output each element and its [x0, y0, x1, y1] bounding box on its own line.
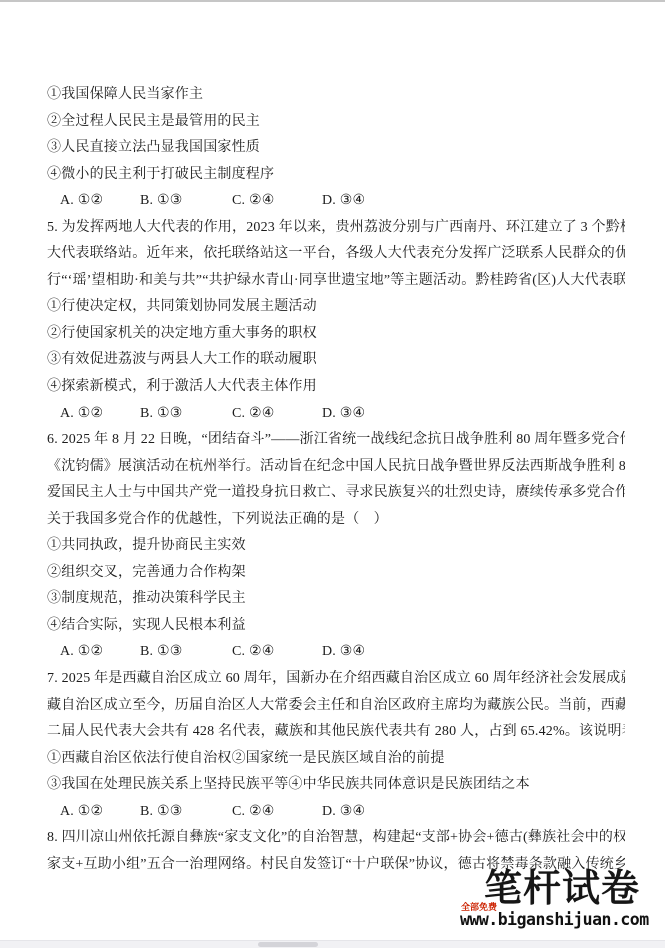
q7-option-line: ①西藏自治区依法行使自治权②国家统一是民族区域自治的前提	[47, 746, 625, 773]
q4-option-line: ④微小的民主利于打破民主制度程序	[47, 162, 625, 189]
exam-document: ①我国保障人民当家作主 ②全过程人民民主是最管用的民主 ③人民直接立法凸显我国国…	[47, 82, 625, 878]
watermark-url: www.biganshijuan.com	[460, 912, 649, 929]
q5-option-line: ④探索新模式，利于激活人大代表主体作用	[47, 374, 625, 401]
q8-stem-line: 8. 四川凉山州依托源自彝族“家支文化”的自治智慧，构建起“支部+协会+德古(彝…	[47, 825, 625, 852]
watermark: 全部免费 笔杆试卷 www.biganshijuan.com	[452, 868, 664, 934]
answer-choice-c: C. ②④	[232, 188, 322, 215]
q7-stem-line: 二届人民代表大会共有 428 名代表，藏族和其他民族代表共有 280 人，占到 …	[47, 719, 625, 746]
q5-answer-row: A. ①②B. ①③C. ②④D. ③④	[47, 401, 625, 428]
answer-choice-a: A. ①②	[60, 188, 140, 215]
q5-option-line: ③有效促进荔波与两县人大工作的联动履职	[47, 347, 625, 374]
answer-choice-d: D. ③④	[322, 401, 365, 428]
q6-stem-line: 6. 2025 年 8 月 22 日晚，“团结奋斗”——浙江省统一战线纪念抗日战…	[47, 427, 625, 454]
exam-paper-page: { "colors": { "watermark_red": "#cc2200"…	[0, 0, 665, 948]
q6-option-line: ④结合实际，实现人民根本利益	[47, 613, 625, 640]
q4-answer-row: A. ①②B. ①③C. ②④D. ③④	[47, 188, 625, 215]
q4-option-line: ③人民直接立法凸显我国国家性质	[47, 135, 625, 162]
q4-option-line: ①我国保障人民当家作主	[47, 82, 625, 109]
answer-choice-b: B. ①③	[140, 639, 232, 666]
q5-stem-line: 5. 为发挥两地人大代表的作用，2023 年以来，贵州荔波分别与广西南丹、环江建…	[47, 215, 625, 242]
answer-choice-c: C. ②④	[232, 799, 322, 826]
q4-option-line: ②全过程人民民主是最管用的民主	[47, 109, 625, 136]
answer-choice-a: A. ①②	[60, 799, 140, 826]
q6-stem-line: 爱国民主人士与中国共产党一道投身抗日救亡、寻求民族复兴的壮烈史诗，赓续传承多党合…	[47, 480, 625, 507]
q7-stem-line: 藏自治区成立至今，历届自治区人大常委会主任和自治区政府主席均为藏族公民。当前，西…	[47, 693, 625, 720]
q5-stem-line: 行“‘瑶’望相助·和美与共”“共护绿水青山·同享世遗宝地”等主题活动。黔桂跨省(…	[47, 268, 625, 295]
q6-stem-line: 关于我国多党合作的优越性，下列说法正确的是（ ）	[47, 507, 625, 534]
q5-option-line: ②行使国家机关的决定地方重大事务的职权	[47, 321, 625, 348]
answer-choice-c: C. ②④	[232, 401, 322, 428]
watermark-brand: 笔杆试卷	[484, 870, 640, 908]
q6-option-line: ③制度规范，推动决策科学民主	[47, 586, 625, 613]
answer-choice-d: D. ③④	[322, 639, 365, 666]
answer-choice-a: A. ①②	[60, 401, 140, 428]
answer-choice-d: D. ③④	[322, 188, 365, 215]
q7-option-line: ③我国在处理民族关系上坚持民族平等④中华民族共同体意识是民族团结之本	[47, 772, 625, 799]
q6-option-line: ②组织交叉，完善通力合作构架	[47, 560, 625, 587]
answer-choice-b: B. ①③	[140, 188, 232, 215]
q7-stem-line: 7. 2025 年是西藏自治区成立 60 周年，国新办在介绍西藏自治区成立 60…	[47, 666, 625, 693]
horizontal-scrollbar[interactable]	[0, 940, 665, 948]
q6-stem-line: 《沈钧儒》展演活动在杭州举行。活动旨在纪念中国人民抗日战争暨世界反法西斯战争胜利…	[47, 454, 625, 481]
q6-answer-row: A. ①②B. ①③C. ②④D. ③④	[47, 639, 625, 666]
answer-choice-c: C. ②④	[232, 639, 322, 666]
answer-choice-b: B. ①③	[140, 401, 232, 428]
answer-choice-a: A. ①②	[60, 639, 140, 666]
q6-option-line: ①共同执政，提升协商民主实效	[47, 533, 625, 560]
answer-choice-d: D. ③④	[322, 799, 365, 826]
answer-choice-b: B. ①③	[140, 799, 232, 826]
q7-answer-row: A. ①②B. ①③C. ②④D. ③④	[47, 799, 625, 826]
page-top-border	[0, 0, 665, 2]
scrollbar-thumb[interactable]	[258, 942, 318, 947]
q5-option-line: ①行使决定权，共同策划协同发展主题活动	[47, 294, 625, 321]
q5-stem-line: 大代表联络站。近年来，依托联络站这一平台，各级人大代表充分发挥广泛联系人民群众的…	[47, 241, 625, 268]
